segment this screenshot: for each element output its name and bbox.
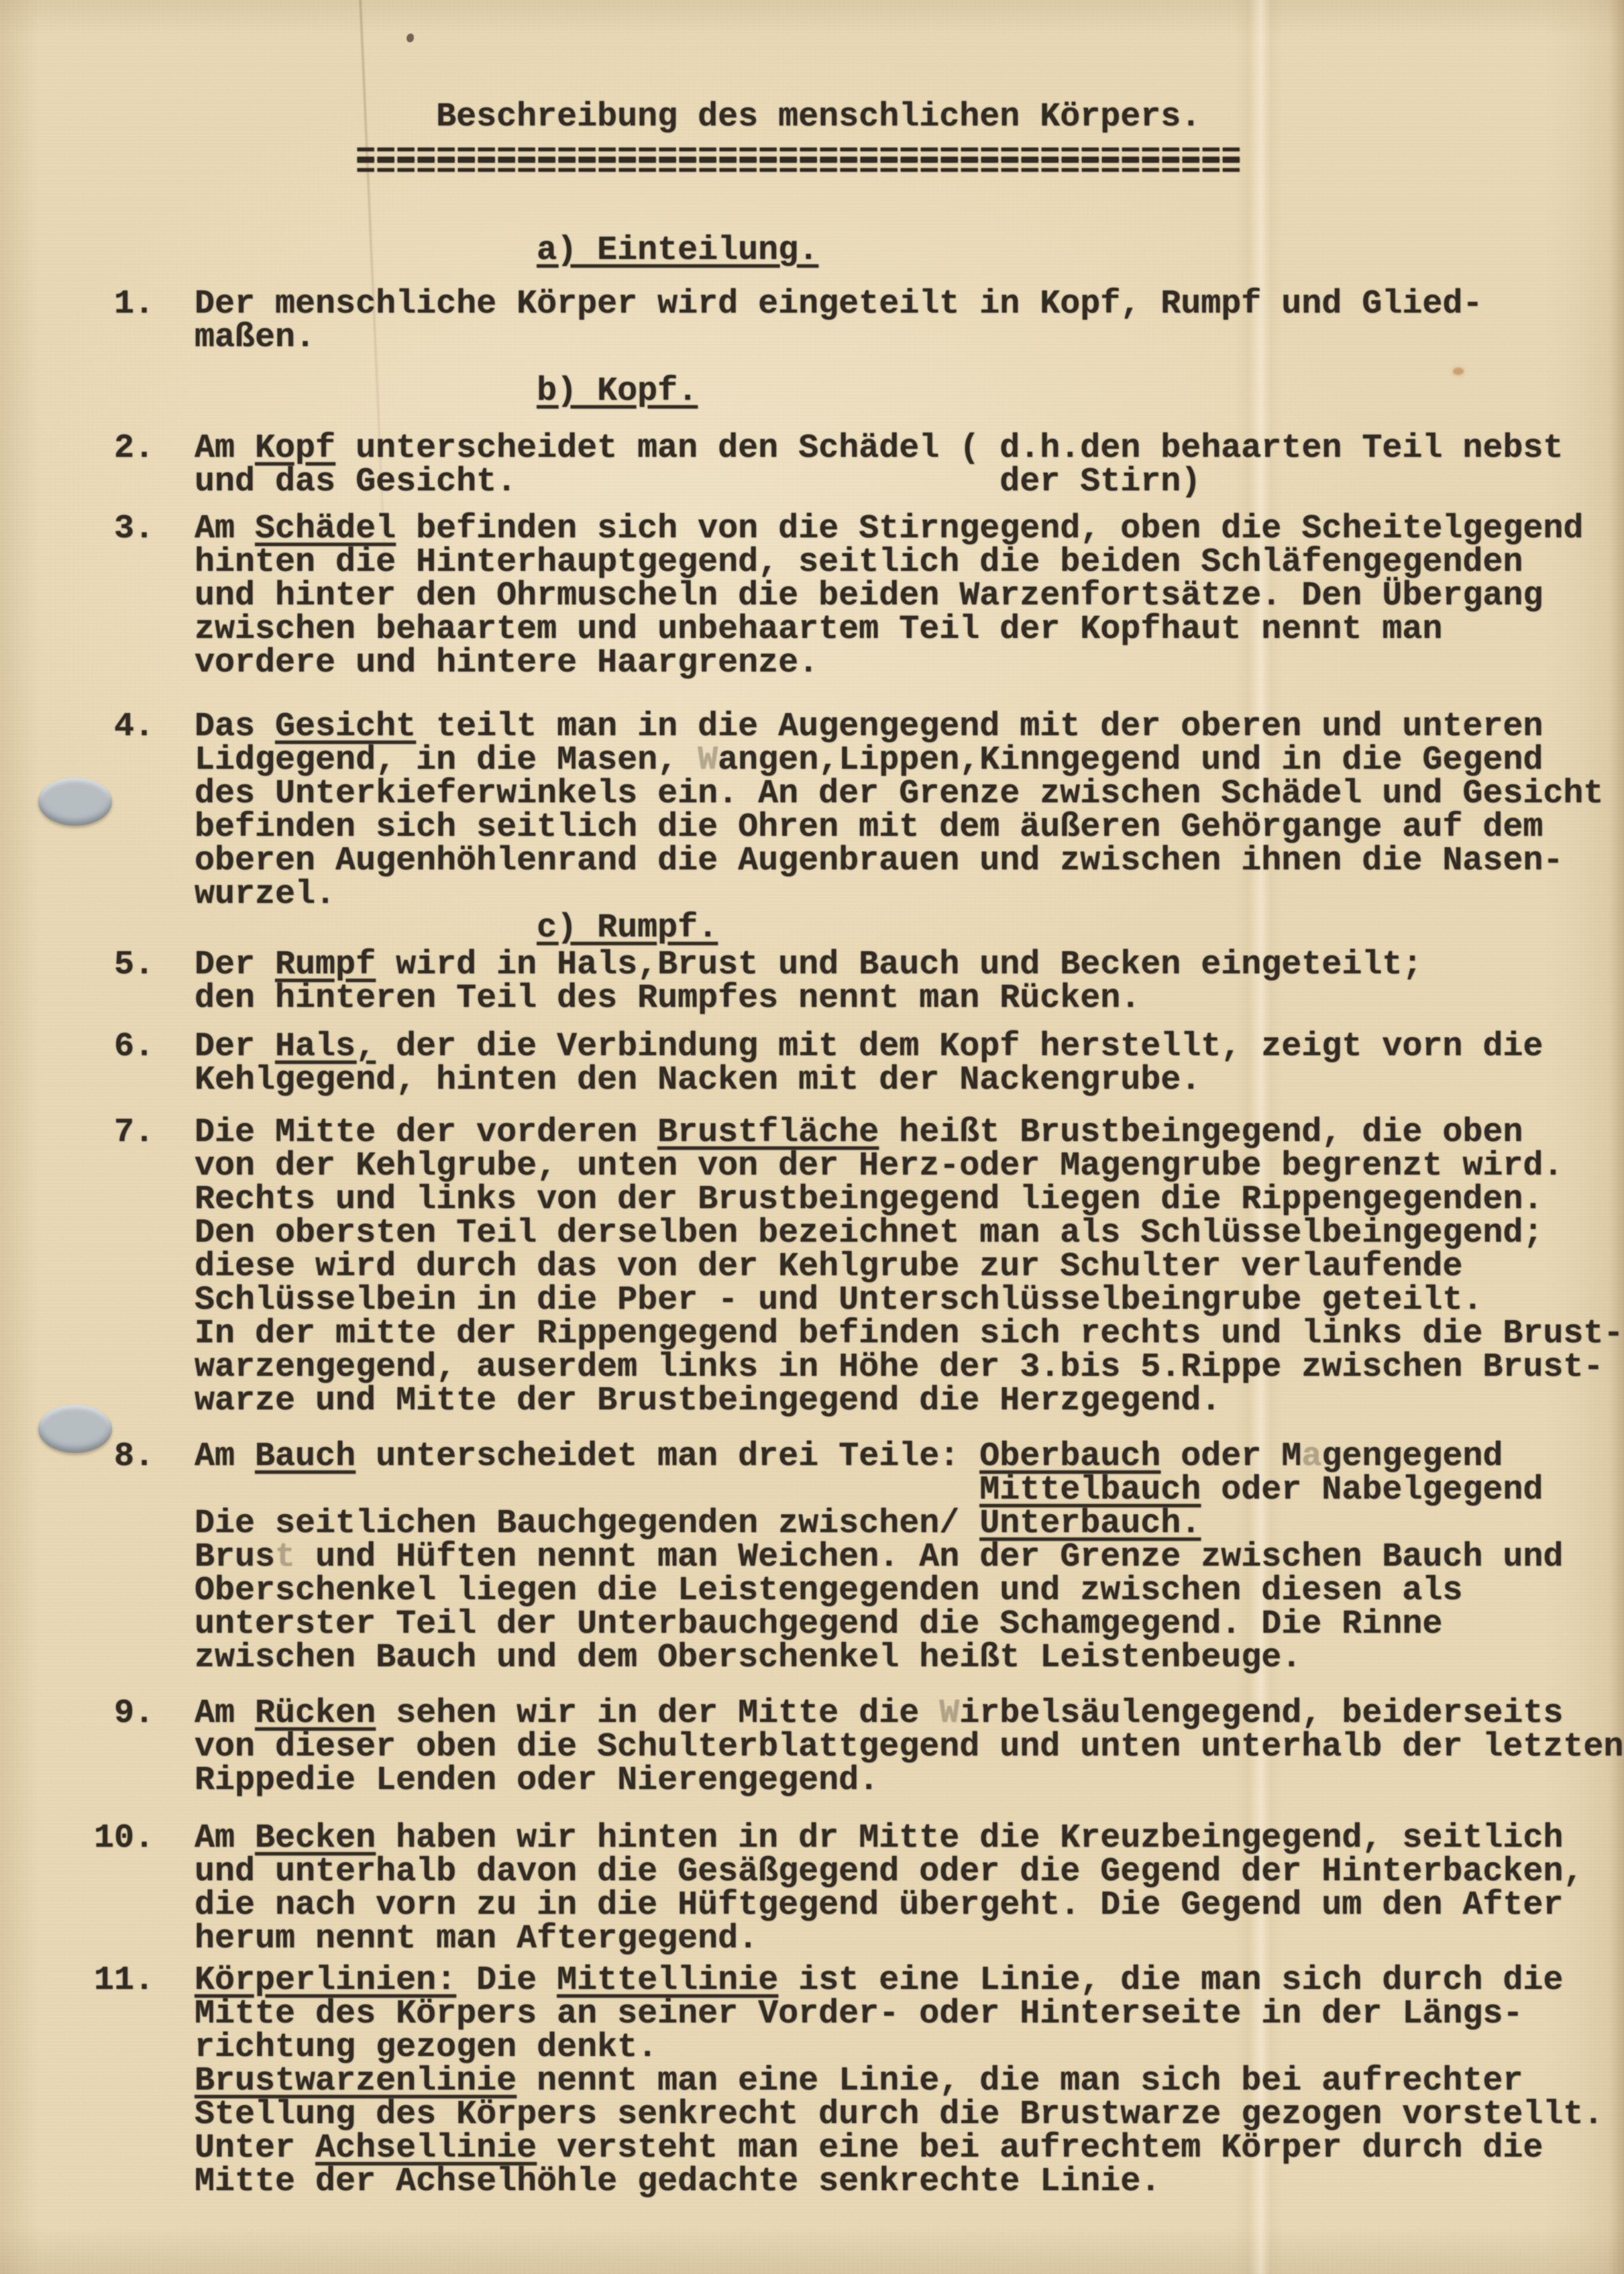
text-segment: 4. Das [94,708,275,746]
title: Beschreibung des menschlichen Körpers. [94,101,1624,134]
text-segment: unterster Teil der Unterbauchgegend die … [94,1605,1442,1643]
document-line: Rechts und links von der Brustbeingegend… [94,1183,1624,1217]
text-segment: Kehlgegend, hinten den Nacken mit der Na… [94,1061,1201,1099]
underlined-text: a) Einteilung. [537,231,818,270]
document-line: Kehlgegend, hinten den Nacken mit der Na… [94,1064,1624,1097]
underlined-text: Oberbauch [979,1438,1160,1476]
document-line: von der Kehlgrube, unten von der Herz-od… [94,1150,1624,1183]
document-line: Mitte des Körpers an seiner Vorder- oder… [94,1998,1624,2031]
document-line: maßen. [94,321,1624,355]
text-segment: herum nennt man Aftergegend. [94,1920,758,1958]
heading-a: a) Einteilung. [94,234,1624,268]
heading-c: c) Rumpf. [94,912,1624,945]
text-segment: 6. Der [94,1028,275,1066]
text-segment: Rechts und links von der Brustbeingegend… [94,1181,1543,1219]
text-segment: und unterhalb davon die Gesäßgegend oder… [94,1853,1583,1891]
text-segment [94,372,537,411]
text-segment [94,2062,195,2100]
document-line: Stellung des Körpers senkrecht durch die… [94,2098,1624,2132]
document-line: Beschreibung des menschlichen Körpers. [94,101,1624,134]
item-5: 5. Der Rumpf wird in Hals,Brust und Bauc… [94,949,1624,1016]
underlined-text: Brustwarzenlinie [195,2062,517,2100]
document-line: Brust und Hüften nennt man Weichen. An d… [94,1541,1624,1574]
document-line: von dieser oben die Schulterblattgegend … [94,1731,1624,1764]
document-line: c) Rumpf. [94,912,1624,945]
document-line: Brustwarzenlinie nennt man eine Linie, d… [94,2065,1624,2098]
underlined-text: Unterbauch. [979,1505,1201,1543]
text-segment: W [939,1694,959,1733]
underlined-text: c) Rumpf. [537,909,718,947]
document-line: zwischen behaartem und unbehaartem Teil … [94,613,1624,647]
text-segment: 9. Am [94,1694,255,1733]
text-segment: Die [456,1961,557,2000]
text-segment: Lidgegend, in die Masen, [94,741,698,779]
text-segment: Die seitlichen Bauchgegenden zwischen/ [94,1505,979,1543]
text-segment: warze und Mitte der Brustbeingegend die … [94,1382,1221,1420]
text-segment: oberen Augenhöhlenrand die Augenbrauen u… [94,842,1563,880]
item-7: 7. Die Mitte der vorderen Brustfläche he… [94,1116,1624,1418]
text-segment: 1. Der menschliche Körper wird eingeteil… [94,285,1482,323]
document-line: unterster Teil der Unterbauchgegend die … [94,1608,1624,1641]
text-segment: ========================================… [94,149,1241,187]
item-8: 8. Am Bauch unterscheidet man drei Teile… [94,1440,1624,1675]
text-segment: unterscheidet man drei Teile: [356,1438,979,1476]
text-segment: 2. Am [94,429,255,468]
text-segment: Mitte des Körpers an seiner Vorder- oder… [94,1995,1523,2033]
text-segment: teilt man in die Augengegend mit der obe… [416,708,1543,746]
text-segment: richtung gezogen denkt. [94,2028,657,2067]
document-line: 8. Am Bauch unterscheidet man drei Teile… [94,1440,1624,1474]
document-line: vordere und hintere Haargrenze. [94,647,1624,680]
text-segment: und das Gesicht. der Stirn) [94,463,1201,501]
document-line: b) Kopf. [94,375,1624,409]
underlined-text: Achsellinie [315,2129,537,2167]
text-segment: und Hüften nennt man Weichen. An der Gre… [295,1538,1563,1576]
text-segment: Mitte der Achselhöhle gedachte senkrecht… [94,2163,1160,2201]
text-segment [94,231,537,270]
text-segment: Stellung des Körpers senkrecht durch die… [94,2096,1603,2134]
underlined-text: Mittellinie [557,1961,778,2000]
document-line: Rippedie Lenden oder Nierengegend. [94,1764,1624,1798]
text-segment: t [275,1538,295,1576]
text-segment: Den obersten Teil derselben bezeichnet m… [94,1214,1543,1252]
document-line: oberen Augenhöhlenrand die Augenbrauen u… [94,845,1624,878]
underlined-text: Körperlinien: [195,1961,456,2000]
text-segment: W [698,741,718,779]
text-segment: 11. [94,1961,195,2000]
document-line: In der mitte der Rippengegend befinden s… [94,1317,1624,1351]
document-line: hinten die Hinterhauptgegend, seitlich d… [94,546,1624,580]
text-segment: a [1301,1438,1321,1476]
text-segment [94,909,537,947]
document-line: die nach vorn zu in die Hüftgegend überg… [94,1889,1624,1923]
document-line: Oberschenkel liegen die Leistengegenden … [94,1574,1624,1608]
document-line: und das Gesicht. der Stirn) [94,466,1624,499]
item-1: 1. Der menschliche Körper wird eingeteil… [94,288,1624,355]
text-segment: Beschreibung des menschlichen Körpers. [94,98,1201,136]
document-line: Mitte der Achselhöhle gedachte senkrecht… [94,2165,1624,2199]
document-line: Den obersten Teil derselben bezeichnet m… [94,1217,1624,1250]
text-segment: maßen. [94,319,315,357]
text-segment: 3. Am [94,510,255,548]
document-line: 2. Am Kopf unterscheidet man den Schädel… [94,432,1624,466]
text-segment: versteht man eine bei aufrechtem Körper … [537,2129,1543,2167]
document-line: befinden sich seitlich die Ohren mit dem… [94,811,1624,845]
text-segment: von der Kehlgrube, unten von der Herz-od… [94,1147,1563,1185]
item-11: 11. Körperlinien: Die Mittellinie ist ei… [94,1964,1624,2199]
document-line: Lidgegend, in die Masen, Wangen,Lippen,K… [94,744,1624,777]
text-segment: haben wir hinten in dr Mitte die Kreuzbe… [376,1819,1563,1857]
text-segment: des Unterkieferwinkels ein. An der Grenz… [94,775,1603,813]
scanned-page: Beschreibung des menschlichen Körpers. =… [0,0,1624,2274]
text-segment: hinten die Hinterhauptgegend, seitlich d… [94,543,1523,582]
item-3: 3. Am Schädel befinden sich von die Stir… [94,512,1624,680]
underlined-text: Mittelbauch [979,1471,1201,1509]
item-4: 4. Das Gesicht teilt man in die Augengeg… [94,710,1624,912]
text-segment: Brus [94,1538,275,1576]
text-segment: nennt man eine Linie, die man sich bei a… [517,2062,1523,2100]
text-segment: befinden sich von die Stirngegend, oben … [396,510,1583,548]
text-segment: 5. Der [94,946,275,984]
underlined-text: Hals, [275,1028,376,1066]
text-segment: Rippedie Lenden oder Nierengegend. [94,1762,879,1800]
text-segment: unterscheidet man den Schädel ( d.h.den … [335,429,1563,468]
text-segment: diese wird durch das von der Kehlgrube z… [94,1248,1462,1286]
text-segment: oder Nabelgegend [1201,1471,1543,1509]
underlined-text: Brustfläche [657,1114,879,1152]
document-line: den hinteren Teil des Rumpfes nennt man … [94,982,1624,1016]
text-segment: zwischen Bauch und dem Oberschenkel heiß… [94,1639,1301,1677]
document-line: Unter Achsellinie versteht man eine bei … [94,2132,1624,2165]
document-line: 5. Der Rumpf wird in Hals,Brust und Bauc… [94,949,1624,982]
text-segment: sehen wir in der Mitte die [376,1694,939,1733]
text-segment: der die Verbindung mit dem Kopf herstell… [376,1028,1543,1066]
underlined-text: Kopf [255,429,335,468]
text-segment: Unter [94,2129,315,2167]
text-segment: wird in Hals,Brust und Bauch und Becken … [376,946,1422,984]
text-segment: und hinter den Ohrmuscheln die beiden Wa… [94,577,1543,615]
document-line: ========================================… [94,162,1624,174]
text-segment [94,1471,979,1509]
text-segment: oder M [1160,1438,1301,1476]
item-10: 10. Am Becken haben wir hinten in dr Mit… [94,1822,1624,1956]
document-line: warze und Mitte der Brustbeingegend die … [94,1385,1624,1418]
text-segment: den hinteren Teil des Rumpfes nennt man … [94,979,1140,1018]
document-line: des Unterkieferwinkels ein. An der Grenz… [94,777,1624,811]
document-line: und unterhalb davon die Gesäßgegend oder… [94,1855,1624,1889]
text-segment: 8. Am [94,1438,255,1476]
document-line: 11. Körperlinien: Die Mittellinie ist ei… [94,1964,1624,1998]
underlined-text: Bauch [255,1438,356,1476]
text-segment: zwischen behaartem und unbehaartem Teil … [94,610,1442,649]
document-line: wurzel. [94,878,1624,912]
text-segment: befinden sich seitlich die Ohren mit dem… [94,808,1543,847]
text-segment: Schlüsselbein in die Pber - und Untersch… [94,1281,1482,1319]
document-line: Die seitlichen Bauchgegenden zwischen/ U… [94,1507,1624,1541]
underlined-text: Rumpf [275,946,376,984]
document-line: zwischen Bauch und dem Oberschenkel heiß… [94,1641,1624,1675]
underlined-text: Becken [255,1819,376,1857]
document-line: a) Einteilung. [94,234,1624,268]
document-line: warzengegend, auserdem links in Höhe der… [94,1351,1624,1385]
text-segment: In der mitte der Rippengegend befinden s… [94,1315,1623,1353]
text-segment: vordere und hintere Haargrenze. [94,644,818,682]
text-segment: irbelsäulengegend, beiderseits [959,1694,1563,1733]
text-segment: Oberschenkel liegen die Leistengegenden … [94,1572,1462,1610]
underlined-text: Gesicht [275,708,416,746]
document-line: 10. Am Becken haben wir hinten in dr Mit… [94,1822,1624,1855]
document-line: 6. Der Hals, der die Verbindung mit dem … [94,1030,1624,1064]
document-line: Mittelbauch oder Nabelgegend [94,1474,1624,1507]
document-line: richtung gezogen denkt. [94,2031,1624,2065]
document-line: herum nennt man Aftergegend. [94,1923,1624,1956]
heading-b: b) Kopf. [94,375,1624,409]
item-2: 2. Am Kopf unterscheidet man den Schädel… [94,432,1624,499]
text-segment: wurzel. [94,875,335,914]
document-line: und hinter den Ohrmuscheln die beiden Wa… [94,580,1624,613]
item-6: 6. Der Hals, der die Verbindung mit dem … [94,1030,1624,1097]
text-segment: die nach vorn zu in die Hüftgegend überg… [94,1886,1563,1925]
document-line: 7. Die Mitte der vorderen Brustfläche he… [94,1116,1624,1150]
underlined-text: Schädel [255,510,396,548]
document-line: diese wird durch das von der Kehlgrube z… [94,1250,1624,1284]
text-segment: 7. Die Mitte der vorderen [94,1114,657,1152]
item-9: 9. Am Rücken sehen wir in der Mitte die … [94,1697,1624,1798]
text-segment: angen,Lippen,Kinngegend und in die Gegen… [718,741,1543,779]
document-line: 1. Der menschliche Körper wird eingeteil… [94,288,1624,321]
document-body: Beschreibung des menschlichen Körpers. =… [0,0,1624,2274]
document-line: 9. Am Rücken sehen wir in der Mitte die … [94,1697,1624,1731]
text-segment: von dieser oben die Schulterblattgegend … [94,1728,1623,1766]
document-line: Schlüsselbein in die Pber - und Untersch… [94,1284,1624,1317]
rule: ========================================… [94,151,1624,174]
text-segment: 10. Am [94,1819,255,1857]
underlined-text: b) Kopf. [537,372,698,411]
text-segment: ist eine Linie, die man sich durch die [778,1961,1563,2000]
text-segment: warzengegend, auserdem links in Höhe der… [94,1348,1603,1387]
text-segment: heißt Brustbeingegend, die oben [879,1114,1523,1152]
document-line: 4. Das Gesicht teilt man in die Augengeg… [94,710,1624,744]
document-line: 3. Am Schädel befinden sich von die Stir… [94,512,1624,546]
text-segment: gengegend [1321,1438,1503,1476]
underlined-text: Rücken [255,1694,376,1733]
